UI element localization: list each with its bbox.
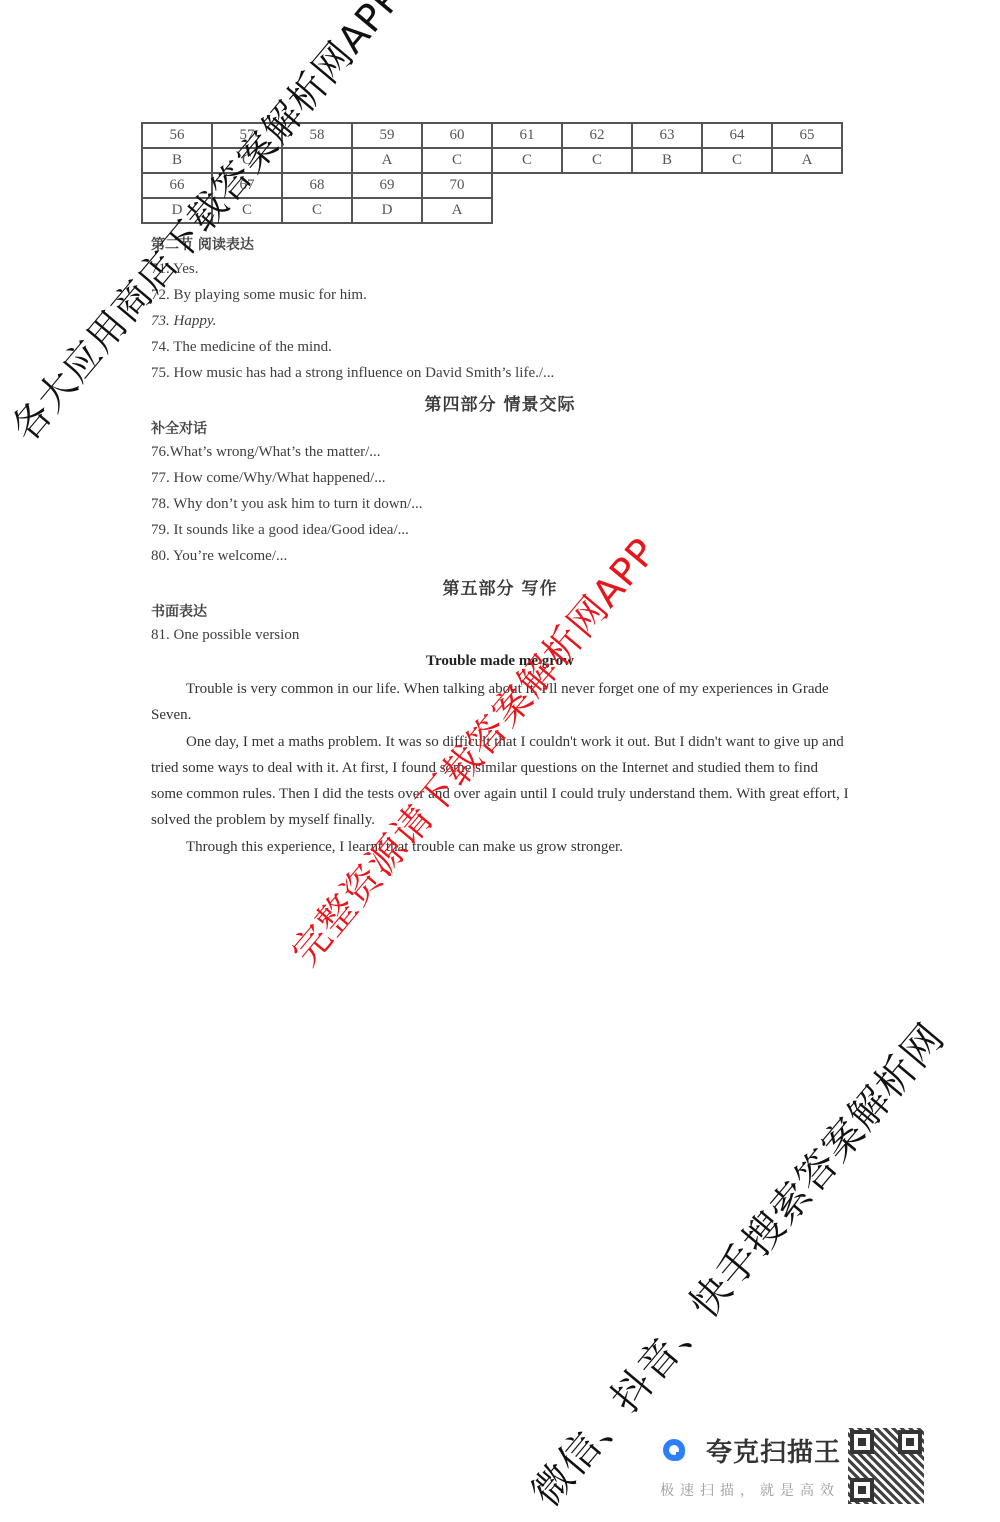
answer-cell: C [282, 198, 352, 223]
question-number-cell: 62 [562, 123, 632, 148]
empty-cell [632, 173, 702, 198]
empty-cell [562, 198, 632, 223]
answer-79: 79. It sounds like a good idea/Good idea… [151, 522, 409, 539]
question-number-cell: 63 [632, 123, 702, 148]
answer-72: 72. By playing some music for him. [151, 287, 367, 304]
answer-cell: C [562, 148, 632, 173]
answer-cell: A [422, 198, 492, 223]
scanned-answer-page: 56575859606162636465BCACCCBCA6667686970D… [0, 0, 1000, 1522]
part4-subheading: 补全对话 [151, 418, 207, 438]
question-number-cell: 68 [282, 173, 352, 198]
part5-subheading: 书面表达 [151, 601, 207, 621]
answer-cell: B [632, 148, 702, 173]
brand-name: 夸克扫描王 [706, 1432, 841, 1469]
empty-cell [702, 198, 772, 223]
answer-80: 80. You’re welcome/... [151, 548, 287, 565]
part4-title: 第四部分 情景交际 [0, 390, 1000, 415]
question-number-cell: 70 [422, 173, 492, 198]
qr-code-icon [848, 1428, 924, 1504]
part5-title: 第五部分 写作 [0, 574, 1000, 599]
empty-cell [562, 173, 632, 198]
question-number-cell: 61 [492, 123, 562, 148]
answer-73: 73. Happy. [151, 313, 216, 330]
empty-cell [772, 173, 842, 198]
question-number-cell: 59 [352, 123, 422, 148]
empty-cell [772, 198, 842, 223]
scanner-brand-badge: 夸克扫描王 极速扫描，就是高效 [660, 1428, 940, 1508]
answer-76: 76.What’s wrong/What’s the matter/... [151, 444, 381, 461]
essay-paragraph: Through this experience, I learnt that t… [151, 834, 851, 860]
answer-74: 74. The medicine of the mind. [151, 339, 332, 356]
answer-cell [282, 148, 352, 173]
answer-cell: D [352, 198, 422, 223]
answer-81-intro: 81. One possible version [151, 627, 299, 644]
brand-tagline: 极速扫描，就是高效 [660, 1480, 840, 1500]
empty-cell [702, 173, 772, 198]
answer-cell: C [492, 148, 562, 173]
empty-cell [632, 198, 702, 223]
question-number-cell: 65 [772, 123, 842, 148]
answer-cell: C [702, 148, 772, 173]
empty-cell [492, 173, 562, 198]
question-number-cell: 60 [422, 123, 492, 148]
answer-75: 75. How music has had a strong influence… [151, 365, 554, 382]
essay-title: Trouble made me grow [0, 653, 1000, 670]
watermark-top-left: 各大应用商店下载答案解析网APP [0, 0, 412, 451]
question-number-cell: 64 [702, 123, 772, 148]
answer-cell: C [422, 148, 492, 173]
answer-cell: A [352, 148, 422, 173]
question-number-cell: 56 [142, 123, 212, 148]
empty-cell [492, 198, 562, 223]
answer-78: 78. Why don’t you ask him to turn it dow… [151, 496, 423, 513]
quark-logo-icon [663, 1439, 685, 1461]
answer-cell: A [772, 148, 842, 173]
question-number-cell: 69 [352, 173, 422, 198]
answer-77: 77. How come/Why/What happened/... [151, 470, 386, 487]
